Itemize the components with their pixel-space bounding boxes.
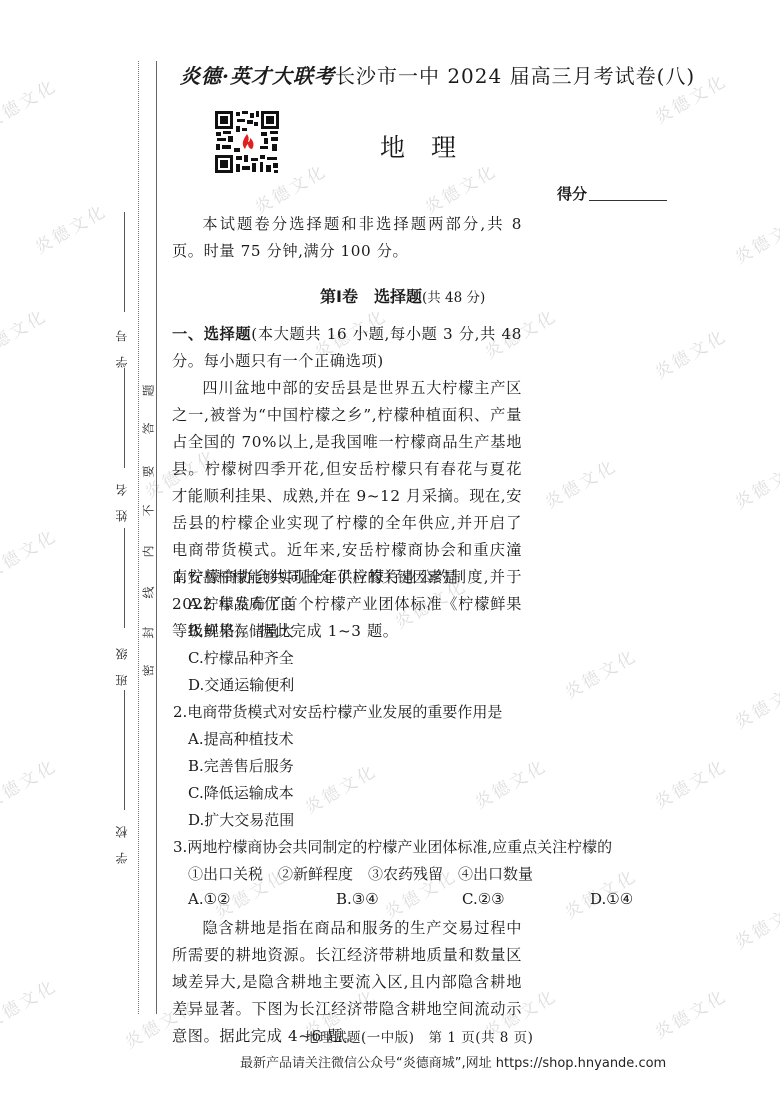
score-blank[interactable] [589, 200, 667, 201]
q3-option-c[interactable]: C.②③ [462, 890, 505, 908]
name-write-line-upper [124, 440, 125, 464]
q2-option-b[interactable]: B.完善售后服务 [188, 755, 294, 776]
watermark: 炎德文化 [729, 892, 780, 954]
q1-option-a[interactable]: A.柠檬品质优良 [188, 593, 294, 614]
exam-title-rest: 长沙市一中 2024 届高三月考试卷(八) [335, 64, 695, 88]
question-3: 3.两地柠檬商协会共同制定的柠檬产业团体标准,应重点关注柠檬的 [173, 836, 612, 857]
watermark: 炎德文化 [299, 757, 381, 819]
exam-intro: 本试题卷分选择题和非选择题两部分,共 8 页。时量 75 分钟,满分 100 分… [172, 211, 522, 265]
q2-option-c[interactable]: C.降低运输成本 [188, 782, 294, 803]
seal-char: 题 [140, 384, 157, 398]
watermark: 炎德文化 [0, 72, 61, 134]
watermark: 炎德文化 [419, 157, 501, 219]
seal-char: 密 [140, 664, 157, 678]
seal-char: 线 [140, 586, 157, 600]
watermark: 炎德文化 [649, 752, 731, 814]
watermark: 炎德文化 [729, 452, 780, 514]
section-heading: 一、选择题(本大题共 16 小题,每小题 3 分,共 48 分。每小题只有一个正… [172, 321, 522, 375]
watermark: 炎德文化 [649, 322, 731, 384]
question-stem: 电商带货模式对安岳柠檬产业发展的重要作用是 [187, 703, 502, 721]
seal-char: 封 [140, 626, 157, 640]
q3-option-d[interactable]: D.①④ [590, 890, 633, 908]
name-write-line[interactable] [124, 528, 125, 628]
q1-option-b[interactable]: B.鲜果存储量大 [188, 620, 294, 641]
question-2: 2.电商带货模式对安岳柠檬产业发展的重要作用是 [173, 701, 502, 722]
q3-option-a[interactable]: A.①② [188, 890, 231, 908]
seal-char: 答 [140, 422, 157, 436]
watermark: 炎德文化 [649, 982, 731, 1044]
q3-option-b[interactable]: B.③④ [336, 890, 379, 908]
q1-option-c[interactable]: C.柠檬品种齐全 [188, 647, 294, 668]
watermark: 炎德文化 [559, 642, 641, 704]
page-footer: 地理试题(一中版) 第 1 页(共 8 页) [305, 1026, 533, 1046]
section-heading-label: 一、选择题 [172, 325, 251, 343]
score-field: 得分 [557, 183, 667, 204]
score-label: 得分 [557, 185, 587, 203]
q2-option-a[interactable]: A.提高种植技术 [188, 728, 294, 749]
intro-text: 本试题卷分选择题和非选择题两部分,共 8 页。时量 75 分钟,满分 100 分… [172, 211, 522, 265]
watermark: 炎德文化 [0, 522, 61, 584]
question-stem: 安岳柠檬能够实现全年供应的关键因素是 [187, 568, 457, 586]
watermark: 炎德文化 [729, 672, 780, 734]
question-stem: 两地柠檬商协会共同制定的柠檬产业团体标准,应重点关注柠檬的 [187, 838, 612, 856]
name-label: 姓名 [113, 470, 130, 522]
watermark: 炎德文化 [0, 752, 61, 814]
qr-code-icon[interactable] [214, 110, 280, 174]
seal-char: 不 [140, 504, 157, 518]
question-number: 1. [173, 568, 187, 586]
watermark: 炎德文化 [0, 302, 51, 364]
promo-banner[interactable]: 最新产品请关注微信公众号“炎德商城”,网址 https://shop.hnyan… [240, 1052, 666, 1071]
school-label: 学校 [113, 812, 130, 864]
class-write-line[interactable] [124, 690, 125, 810]
question-1: 1.安岳柠檬能够实现全年供应的关键因素是 [173, 566, 457, 587]
student-id-write-line[interactable] [124, 212, 125, 312]
q1-option-d[interactable]: D.交通运输便利 [188, 674, 294, 695]
seal-solid-line [156, 61, 157, 1014]
seal-char: 内 [140, 545, 157, 559]
question-number: 3. [173, 838, 187, 856]
q2-option-d[interactable]: D.扩大交易范围 [188, 809, 294, 830]
subject-title: 地理 [380, 128, 482, 164]
part1-title-note: (共 48 分) [422, 290, 485, 306]
seal-char: 要 [140, 465, 157, 479]
watermark: 炎德文化 [29, 197, 111, 259]
q3-items: ①出口关税 ②新鲜程度 ③农药残留 ④出口数量 [188, 863, 533, 884]
watermark: 炎德文化 [729, 207, 780, 269]
student-id-label: 学号 [113, 316, 130, 368]
question-number: 2. [173, 703, 187, 721]
exam-title: 炎德·英才大联考长沙市一中 2024 届高三月考试卷(八) [180, 60, 695, 89]
class-label: 班级 [113, 634, 130, 686]
part1-title: 第Ⅰ卷 选择题(共 48 分) [320, 284, 485, 307]
watermark: 炎德文化 [539, 452, 621, 514]
seal-dotted-line [138, 61, 139, 1014]
watermark: 炎德文化 [469, 752, 551, 814]
exam-brand: 炎德·英才大联考 [180, 64, 335, 88]
watermark: 炎德文化 [0, 972, 61, 1034]
